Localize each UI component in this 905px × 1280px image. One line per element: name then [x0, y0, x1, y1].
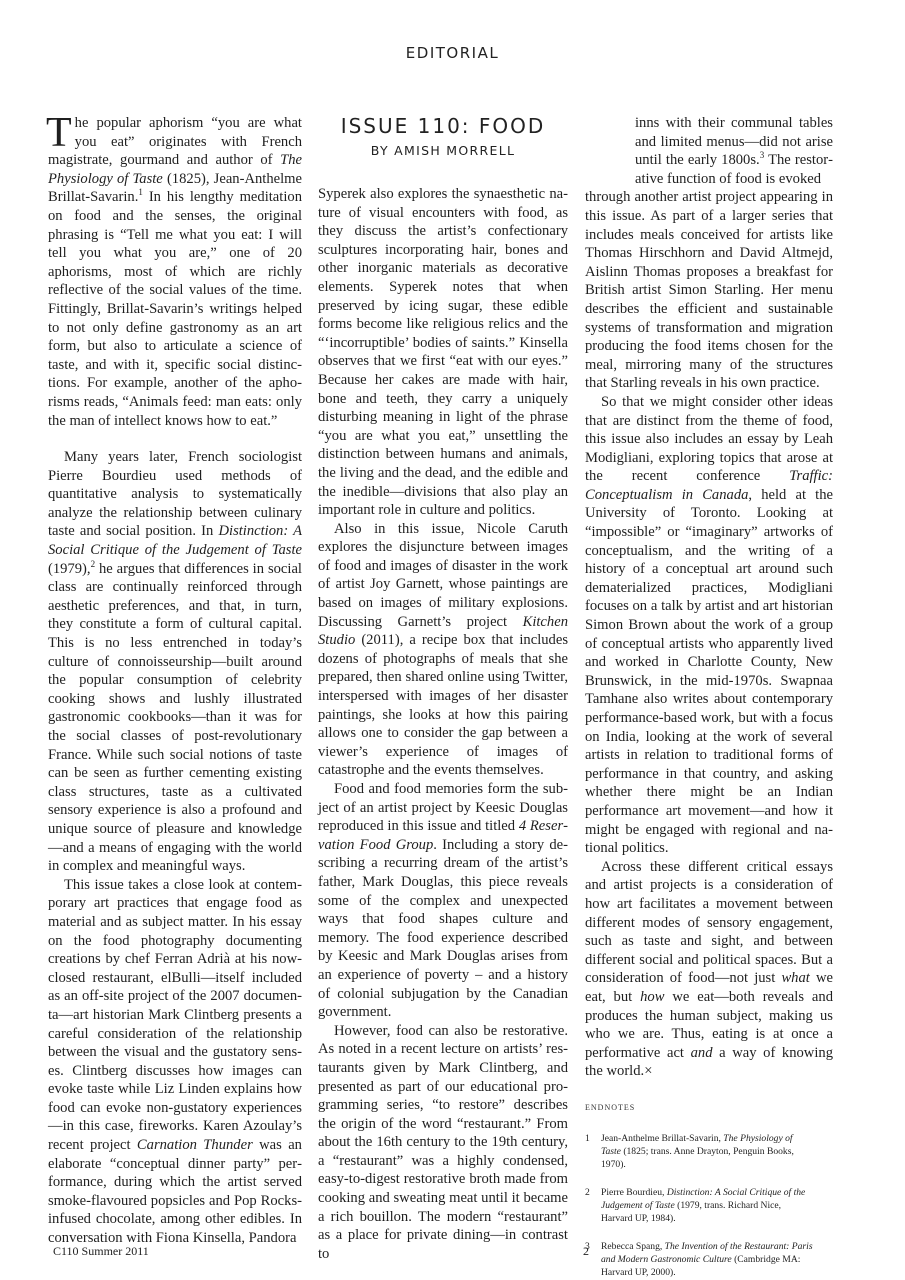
paragraph: through another artist project appearing…	[585, 188, 833, 393]
paragraph: This issue takes a close look at contem­…	[48, 876, 302, 1248]
section-label: EDITORIAL	[0, 44, 905, 62]
paragraph: So that we might consider other ideas th…	[585, 393, 833, 858]
paragraph: However, food can also be restorative. A…	[318, 1022, 568, 1264]
paragraph: Also in this issue, Nicole Caruth explor…	[318, 520, 568, 780]
endnote-number: 1	[585, 1132, 601, 1171]
endnote-item: 2 Pierre Bourdieu, Distinction: A Social…	[585, 1186, 833, 1225]
byline: BY AMISH MORRELL	[318, 143, 568, 158]
article-column-2: Syperek also explores the synaesthetic n…	[318, 185, 568, 1263]
endnote-item: 3 Rebecca Spang, The Invention of the Re…	[585, 1240, 833, 1279]
paragraph: Across these different critical essays a…	[585, 858, 833, 1081]
paragraph: Syperek also explores the synaesthetic n…	[318, 185, 568, 520]
article-column-3: inns with their communal tables and limi…	[585, 114, 833, 1279]
paragraph: Food and food memories form the sub­ject…	[318, 780, 568, 1022]
article-title: ISSUE 110: FOOD	[318, 114, 568, 138]
drop-cap: T	[46, 116, 72, 150]
paragraph: Many years later, French sociologist Pie…	[48, 448, 302, 876]
page-number: 2	[583, 1244, 589, 1259]
endnote-item: 1 Jean-Anthelme Brillat-Savarin, The Phy…	[585, 1132, 833, 1171]
endnotes-heading: ENDNOTES	[585, 1099, 833, 1118]
article-title-block: ISSUE 110: FOOD BY AMISH MORRELL	[318, 114, 568, 158]
endnote-number: 2	[585, 1186, 601, 1225]
article-column-1: The popular aphorism “you are what you e…	[48, 114, 302, 1248]
publication-footer: C110 Summer 2011	[53, 1244, 149, 1259]
paragraph: The popular aphorism “you are what you e…	[48, 114, 302, 430]
end-mark-icon: ×	[644, 1063, 652, 1079]
work-title: Carnation Thunder	[137, 1137, 253, 1153]
paragraph-inset: inns with their communal tables and limi…	[585, 114, 833, 188]
